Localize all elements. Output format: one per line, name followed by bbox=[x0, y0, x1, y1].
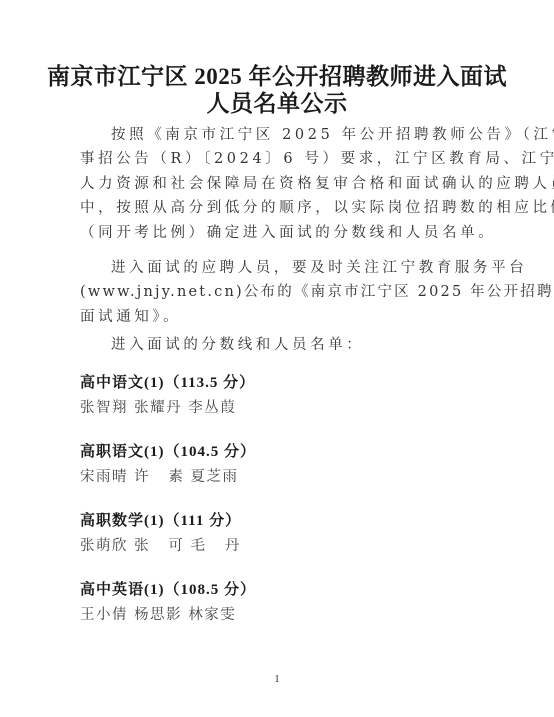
position-heading: 高职数学(1)（111 分） bbox=[80, 511, 480, 531]
candidate-names: 宋雨晴 许 素 夏芝雨 bbox=[80, 467, 480, 487]
page-number: 1 bbox=[0, 673, 554, 685]
position-heading: 高职语文(1)（104.5 分） bbox=[80, 442, 480, 462]
candidate-names: 王小倩 杨思影 林家雯 bbox=[80, 605, 480, 625]
position-heading: 高中语文(1)（113.5 分） bbox=[80, 373, 480, 393]
candidate-names: 张智翔 张耀丹 李丛葭 bbox=[80, 398, 480, 418]
candidate-names: 张萌欣 张 可 毛 丹 bbox=[80, 536, 480, 556]
document-page: 南京市江宁区 2025 年公开招聘教师进入面试 人员名单公示 按照《南京市江宁区… bbox=[0, 0, 554, 717]
paragraph-line: 按照《南京市江宁区 2025 年公开招聘教师公告》（江宁 bbox=[80, 123, 474, 147]
score-line: （111 分） bbox=[165, 513, 242, 529]
paragraph-line: 面试通知》。 bbox=[80, 305, 474, 329]
paragraph-line: （同开考比例）确定进入面试的分数线和人员名单。 bbox=[80, 221, 474, 245]
paragraph-line: 进入面试的分数线和人员名单： bbox=[80, 333, 474, 357]
document-title-line-2: 人员名单公示 bbox=[0, 91, 554, 117]
paragraph-line: 中，按照从高分到低分的顺序，以实际岗位招聘数的相应比例 bbox=[80, 196, 474, 220]
paragraph-line: 事招公告（R）〔2024〕6 号）要求，江宁区教育局、江宁区 bbox=[80, 147, 474, 171]
paragraph-list-intro: 进入面试的分数线和人员名单： bbox=[80, 333, 474, 357]
paragraph-announcement-basis: 按照《南京市江宁区 2025 年公开招聘教师公告》（江宁 事招公告（R）〔202… bbox=[80, 123, 474, 245]
position-section: 高职数学(1)（111 分） 张萌欣 张 可 毛 丹 bbox=[80, 511, 480, 556]
paragraph-interview-notice: 进入面试的应聘人员，要及时关注江宁教育服务平台 (www.jnjy.net.cn… bbox=[80, 256, 474, 329]
position-name: 高职数学(1) bbox=[80, 513, 165, 529]
position-heading: 高中英语(1)（108.5 分） bbox=[80, 580, 480, 600]
position-section: 高中语文(1)（113.5 分） 张智翔 张耀丹 李丛葭 bbox=[80, 373, 480, 418]
position-name: 高职语文(1) bbox=[80, 444, 165, 460]
score-line: （113.5 分） bbox=[165, 375, 256, 391]
score-line: （104.5 分） bbox=[165, 444, 257, 460]
document-title-line-1: 南京市江宁区 2025 年公开招聘教师进入面试 bbox=[0, 64, 554, 90]
position-name: 高中语文(1) bbox=[80, 375, 165, 391]
position-name: 高中英语(1) bbox=[80, 582, 165, 598]
score-line: （108.5 分） bbox=[165, 582, 257, 598]
paragraph-line: 人力资源和社会保障局在资格复审合格和面试确认的应聘人员 bbox=[80, 172, 474, 196]
position-section: 高中英语(1)（108.5 分） 王小倩 杨思影 林家雯 bbox=[80, 580, 480, 625]
paragraph-line-with-link: (www.jnjy.net.cn)公布的《南京市江宁区 2025 年公开招聘教师 bbox=[80, 280, 474, 304]
paragraph-line: 进入面试的应聘人员，要及时关注江宁教育服务平台 bbox=[80, 256, 474, 280]
position-section: 高职语文(1)（104.5 分） 宋雨晴 许 素 夏芝雨 bbox=[80, 442, 480, 487]
